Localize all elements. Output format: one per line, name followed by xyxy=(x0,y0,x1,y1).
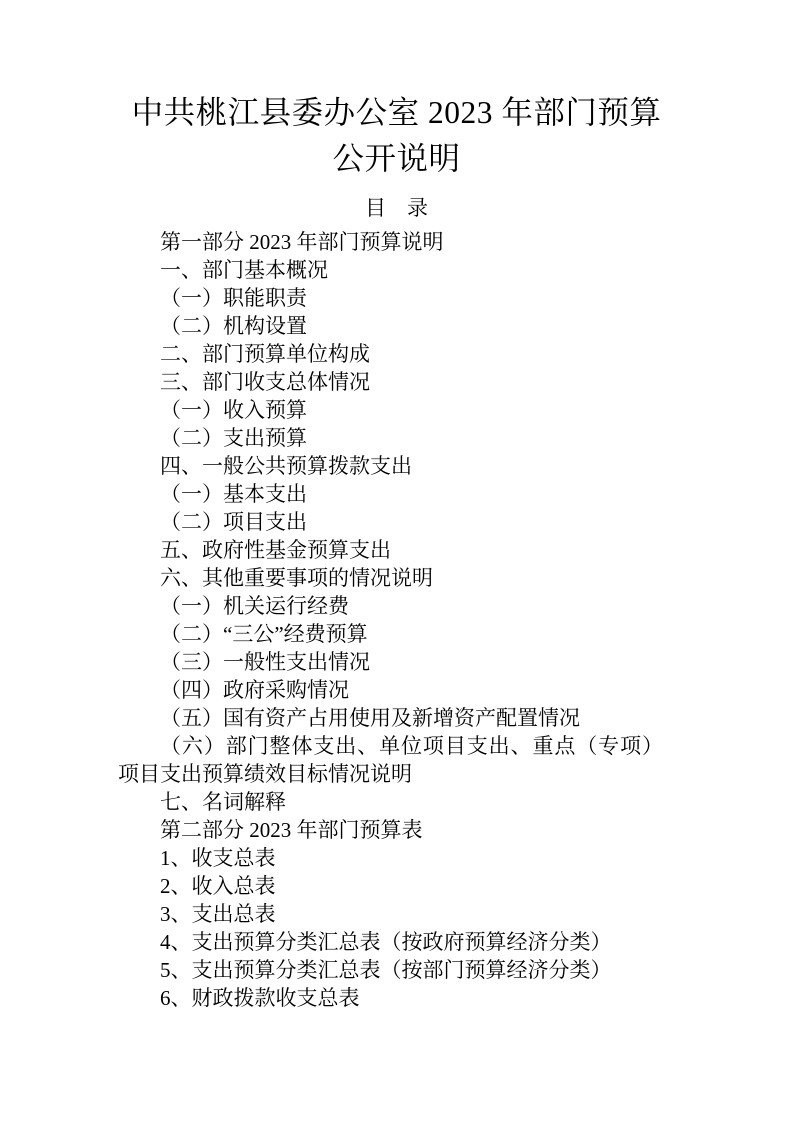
toc-entry: 第一部分 2023 年部门预算说明 xyxy=(118,228,663,256)
page-title-line-2: 公开说明 xyxy=(0,136,793,182)
toc-entry: 第二部分 2023 年部门预算表 xyxy=(118,816,663,844)
page-title: 中共桃江县委办公室 2023 年部门预算 公开说明 xyxy=(0,0,793,182)
toc-entry: （一）收入预算 xyxy=(118,396,663,424)
toc-entry: （一）机关运行经费 xyxy=(118,592,663,620)
toc-entry: 七、名词解释 xyxy=(118,788,663,816)
toc-entry: （四）政府采购情况 xyxy=(118,676,663,704)
toc-entry: （二）机构设置 xyxy=(118,312,663,340)
toc-entry: （二）“三公”经费预算 xyxy=(118,620,663,648)
toc-entry: （二）项目支出 xyxy=(118,508,663,536)
toc-entry: 3、支出总表 xyxy=(118,900,663,928)
toc-entry: 4、支出预算分类汇总表（按政府预算经济分类） xyxy=(118,928,663,956)
toc-entry: 三、部门收支总体情况 xyxy=(118,368,663,396)
page-title-line-1: 中共桃江县委办公室 2023 年部门预算 xyxy=(0,90,793,136)
toc-entry: 四、一般公共预算拨款支出 xyxy=(118,452,663,480)
toc-entry: （三）一般性支出情况 xyxy=(118,648,663,676)
toc-list: 第一部分 2023 年部门预算说明 一、部门基本概况 （一）职能职责 （二）机构… xyxy=(118,228,663,1012)
toc-entry: （一）基本支出 xyxy=(118,480,663,508)
toc-entry: 6、财政拨款收支总表 xyxy=(118,984,663,1012)
toc-entry: 六、其他重要事项的情况说明 xyxy=(118,564,663,592)
toc-entry: 1、收支总表 xyxy=(118,844,663,872)
toc-entry: 五、政府性基金预算支出 xyxy=(118,536,663,564)
toc-entry: 5、支出预算分类汇总表（按部门预算经济分类） xyxy=(118,956,663,984)
toc-entry: 2、收入总表 xyxy=(118,872,663,900)
toc-entry: （五）国有资产占用使用及新增资产配置情况 xyxy=(118,704,663,732)
toc-entry: （二）支出预算 xyxy=(118,424,663,452)
toc-entry: （一）职能职责 xyxy=(118,284,663,312)
document-page: 中共桃江县委办公室 2023 年部门预算 公开说明 目 录 第一部分 2023 … xyxy=(0,0,793,1121)
toc-entry: 二、部门预算单位构成 xyxy=(118,340,663,368)
toc-entry: （六）部门整体支出、单位项目支出、重点（专项）项目支出预算绩效目标情况说明 xyxy=(118,732,663,788)
toc-heading: 目 录 xyxy=(0,194,793,222)
toc-entry: 一、部门基本概况 xyxy=(118,256,663,284)
